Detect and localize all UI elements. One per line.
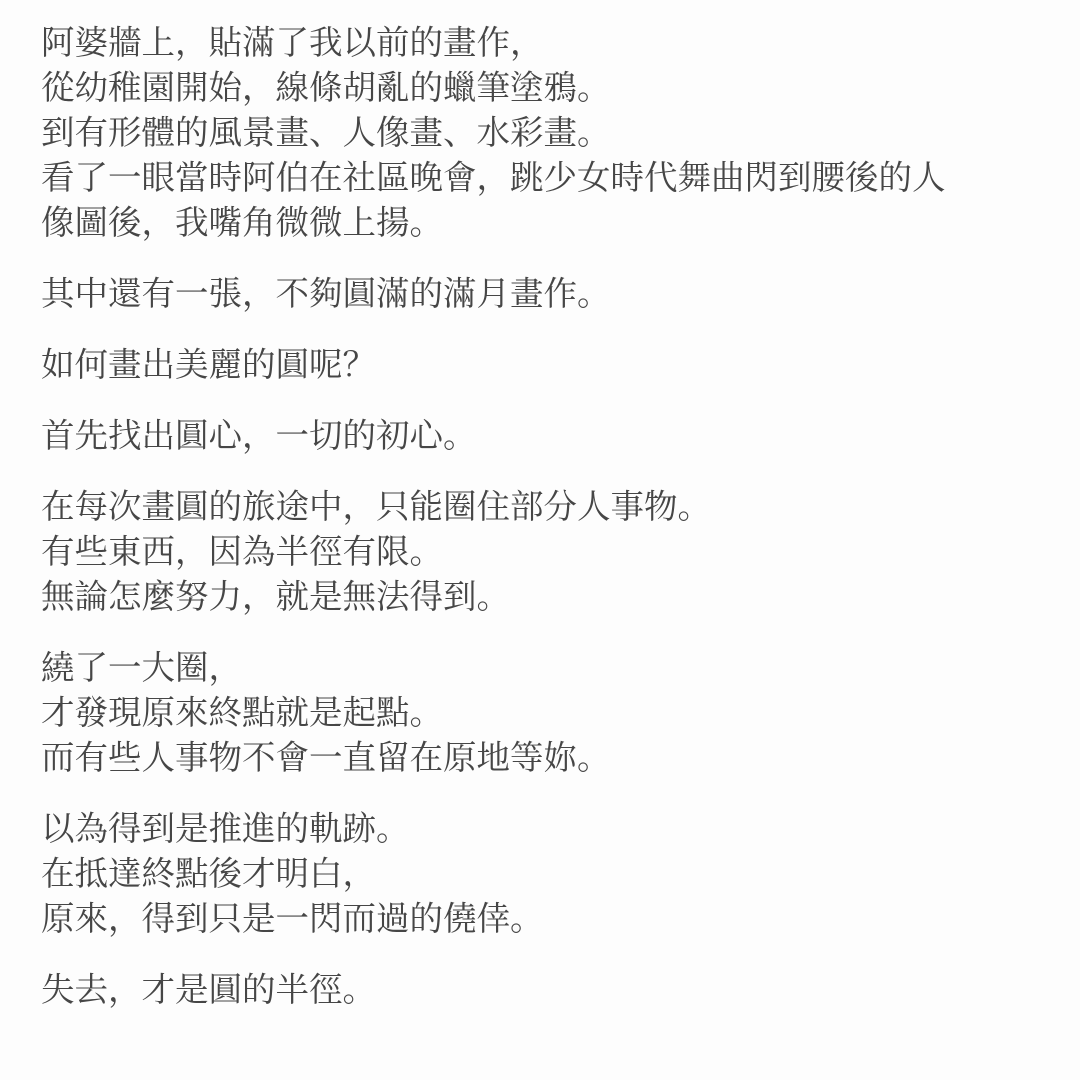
- text-line: 到有形體的風景畫、人像畫、水彩畫。: [41, 110, 1041, 155]
- text-line: 在每次畫圓的旅途中，只能圈住部分人事物。: [41, 484, 1041, 529]
- paragraph-journey: 在每次畫圓的旅途中，只能圈住部分人事物。 有些東西，因為半徑有限。 無論怎麼努力…: [41, 484, 1041, 619]
- text-line: 失去，才是圓的半徑。: [41, 967, 1041, 1012]
- text-line: 阿婆牆上，貼滿了我以前的畫作，: [41, 20, 1041, 65]
- text-line: 以為得到是推進的軌跡。: [41, 806, 1041, 851]
- text-line: 才發現原來終點就是起點。: [41, 690, 1041, 735]
- text-line: 原來，得到只是一閃而過的僥倖。: [41, 896, 1041, 941]
- poem-document: 阿婆牆上，貼滿了我以前的畫作， 從幼稚園開始，線條胡亂的蠟筆塗鴉。 到有形體的風…: [41, 20, 1041, 1038]
- text-line: 繞了一大圈，: [41, 645, 1041, 690]
- text-line: 在抵達終點後才明白，: [41, 851, 1041, 896]
- text-line: 首先找出圓心，一切的初心。: [41, 413, 1041, 458]
- text-line: 無論怎麼努力，就是無法得到。: [41, 574, 1041, 619]
- text-line: 其中還有一張，不夠圓滿的滿月畫作。: [41, 271, 1041, 316]
- text-line: 如何畫出美麗的圓呢？: [41, 342, 1041, 387]
- paragraph-grandma-wall: 阿婆牆上，貼滿了我以前的畫作， 從幼稚園開始，線條胡亂的蠟筆塗鴉。 到有形體的風…: [41, 20, 1041, 245]
- paragraph-trajectory: 以為得到是推進的軌跡。 在抵達終點後才明白， 原來，得到只是一閃而過的僥倖。: [41, 806, 1041, 941]
- text-line: 有些東西，因為半徑有限。: [41, 529, 1041, 574]
- paragraph-question: 如何畫出美麗的圓呢？: [41, 342, 1041, 387]
- paragraph-full-moon: 其中還有一張，不夠圓滿的滿月畫作。: [41, 271, 1041, 316]
- text-line: 而有些人事物不會一直留在原地等妳。: [41, 735, 1041, 780]
- text-line: 從幼稚園開始，線條胡亂的蠟筆塗鴉。: [41, 65, 1041, 110]
- text-line: 看了一眼當時阿伯在社區晚會，跳少女時代舞曲閃到腰後的人: [41, 155, 1041, 200]
- text-line: 像圖後，我嘴角微微上揚。: [41, 200, 1041, 245]
- paragraph-center: 首先找出圓心，一切的初心。: [41, 413, 1041, 458]
- paragraph-full-circle: 繞了一大圈， 才發現原來終點就是起點。 而有些人事物不會一直留在原地等妳。: [41, 645, 1041, 780]
- paragraph-conclusion: 失去，才是圓的半徑。: [41, 967, 1041, 1012]
